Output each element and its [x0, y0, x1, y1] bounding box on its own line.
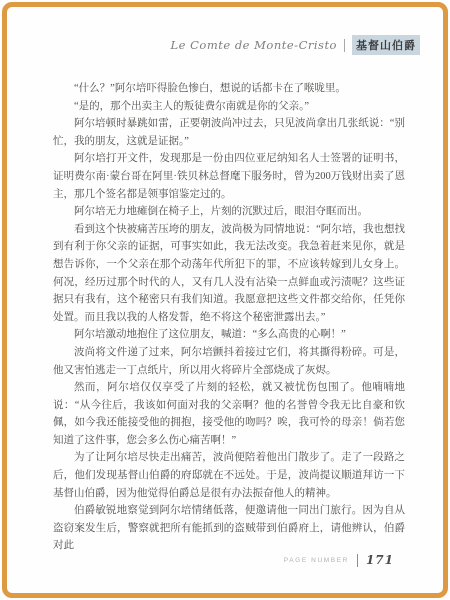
book-title-french: Le Comte de Monte-Cristo — [171, 38, 337, 52]
paragraph: 阿尔培顿时暴跳如雷，正要朝波尚冲过去，只见波尚拿出几张纸说：“别忙，我的朋友，这… — [53, 115, 405, 150]
footer-separator — [357, 554, 358, 567]
page-number: 171 — [366, 553, 394, 567]
paragraph: 为了让阿尔培尽快走出痛苦，波尚便陪着他出门散步了。走了一段路之后，他们发现基督山… — [53, 449, 405, 502]
book-page: Le Comte de Monte-Cristo 基督山伯爵 “什么？”阿尔培吓… — [0, 0, 450, 600]
body-text: “什么？”阿尔培吓得脸色惨白，想说的话都卡在了喉咙里。“是的，那个出卖主人的叛徒… — [53, 80, 405, 555]
page-header: Le Comte de Monte-Cristo 基督山伯爵 — [171, 35, 420, 55]
page-number-label: PAGE NUMBER — [284, 557, 349, 564]
paragraph: 伯爵敏锐地察觉到阿尔培情绪低落，便邀请他一同出门旅行。因为自从盗窃案发生后，警察… — [53, 502, 405, 555]
paragraph: “什么？”阿尔培吓得脸色惨白，想说的话都卡在了喉咙里。 — [53, 80, 405, 98]
paragraph: 阿尔培打开文件，发现那是一份由四位亚尼纳知名人士签署的证明书，证明费尔南·蒙台哥… — [53, 150, 405, 203]
book-title-chinese: 基督山伯爵 — [352, 35, 420, 55]
paragraph: 波尚将文件递了过来，阿尔培颤抖着接过它们，将其撕得粉碎。可是，他又害怕逃走一丁点… — [53, 344, 405, 379]
paragraph: 阿尔培激动地抱住了这位朋友，喊道：“多么高贵的心啊！” — [53, 326, 405, 344]
paragraph: “是的，那个出卖主人的叛徒费尔南就是你的父亲。” — [53, 98, 405, 116]
paragraph: 然而，阿尔培仅仅享受了片刻的轻松，就又被忧伤包围了。他喃喃地说：“从今往后，我该… — [53, 379, 405, 449]
paragraph: 阿尔培无力地瘫倒在椅子上，片刻的沉默过后，眼泪夺眶而出。 — [53, 203, 405, 221]
page-footer: PAGE NUMBER 171 — [284, 553, 394, 567]
paragraph: 看到这个快被痛苦压垮的朋友，波尚极为同情地说：“阿尔培，我也想找到有利于你父亲的… — [53, 221, 405, 327]
header-separator — [344, 39, 345, 52]
